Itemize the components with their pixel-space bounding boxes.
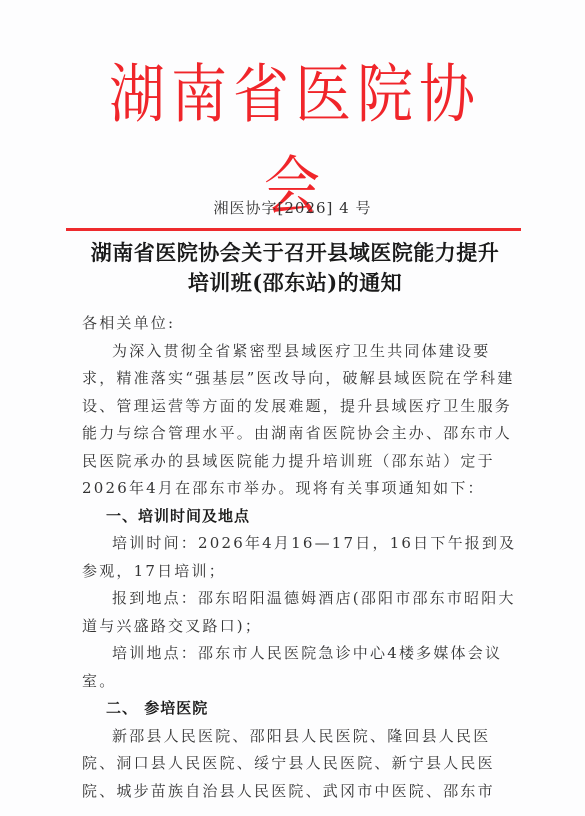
document-title: 湖南省医院协会关于召开县域医院能力提升 培训班(邵东站)的通知: [60, 238, 530, 298]
intro-paragraph: 为深入贯彻全省紧密型县域医疗卫生共同体建设要求，精准落实“强基层”医改导向，破解…: [82, 338, 522, 503]
red-divider: [66, 228, 521, 231]
section-heading-1: 一、培训时间及地点: [82, 503, 522, 531]
training-time: 培训时间：2026年4月16—17日，16日下午报到及参观，17日培训；: [82, 530, 522, 585]
salutation: 各相关单位:: [82, 310, 522, 338]
participating-hospitals: 新邵县人民医院、邵阳县人民医院、隆回县人民医院、洞口县人民医院、绥宁县人民医院、…: [82, 723, 522, 806]
document-page: 湖南省医院协会 湘医协字[2026] 4 号 湖南省医院协会关于召开县域医院能力…: [0, 0, 585, 816]
registration-location: 报到地点：邵东昭阳温德姆酒店(邵阳市邵东市昭阳大道与兴盛路交叉路口)；: [82, 585, 522, 640]
section-heading-2: 二、 参培医院: [82, 695, 522, 723]
training-location: 培训地点：邵东市人民医院急诊中心4楼多媒体会议室。: [82, 640, 522, 695]
title-line-2: 培训班(邵东站)的通知: [60, 268, 530, 298]
document-number: 湘医协字[2026] 4 号: [0, 197, 585, 218]
document-body: 各相关单位: 为深入贯彻全省紧密型县域医疗卫生共同体建设要求，精准落实“强基层”…: [82, 310, 522, 805]
title-line-1: 湖南省医院协会关于召开县域医院能力提升: [60, 238, 530, 268]
